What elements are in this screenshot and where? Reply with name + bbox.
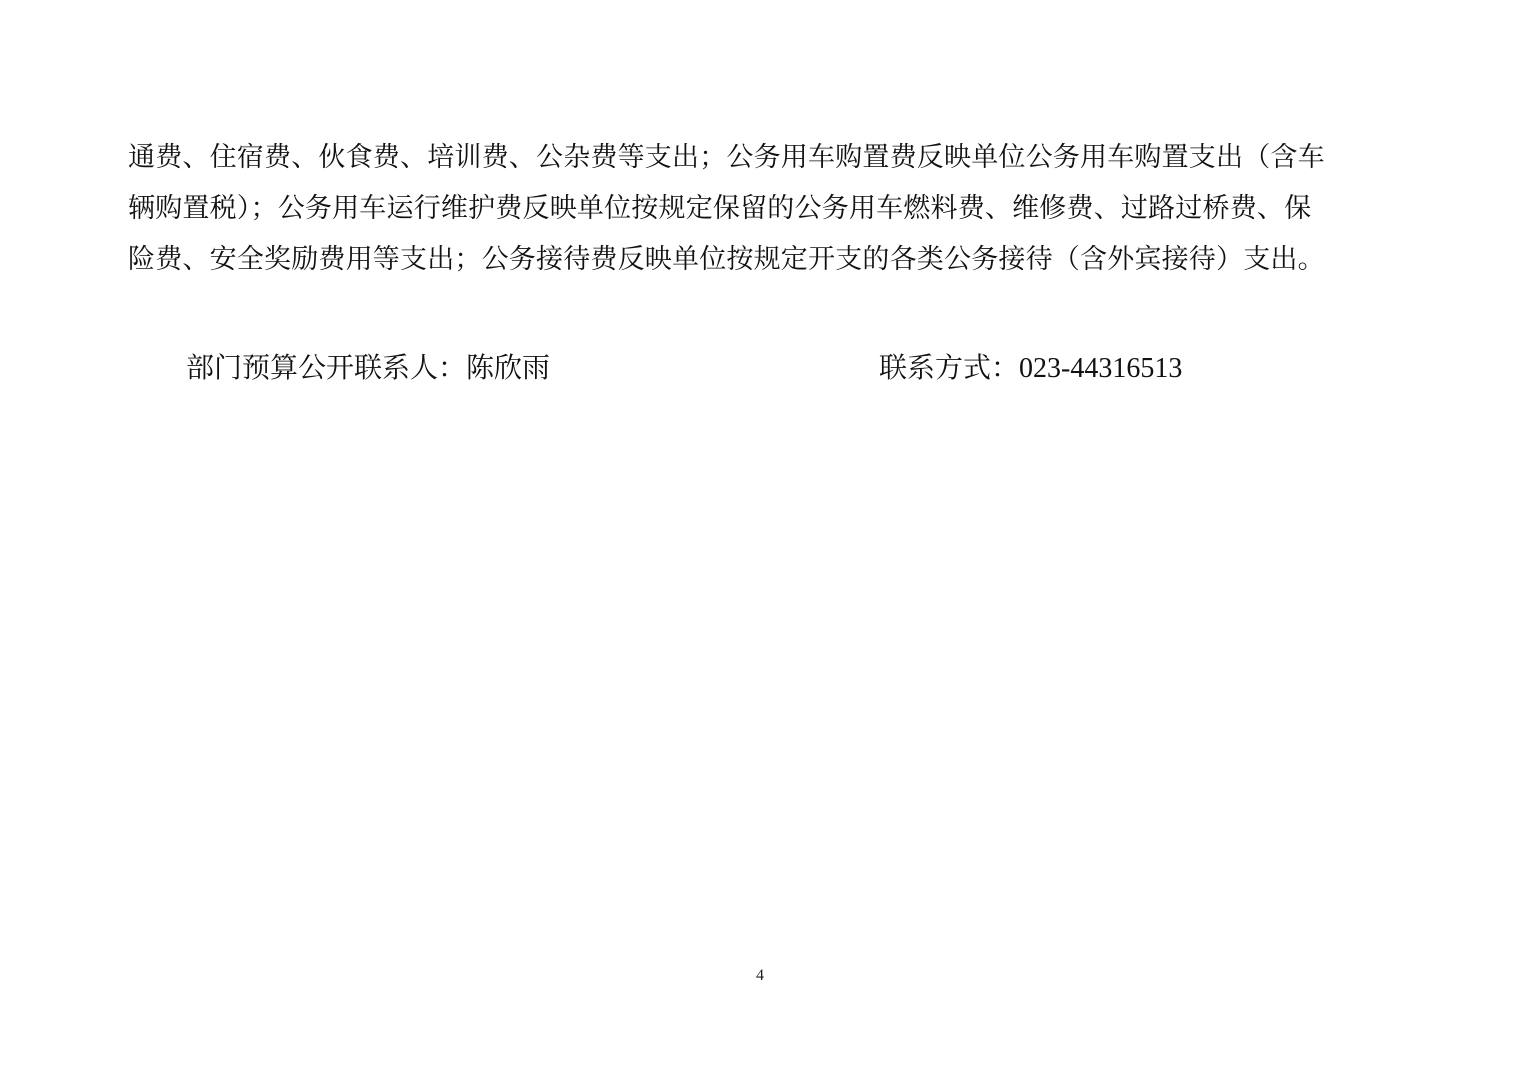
- contact-person-label: 部门预算公开联系人：: [186, 351, 466, 384]
- paragraph-line-3: 险费、安全奖励费用等支出；公务接待费反映单位按规定开支的各类公务接待（含外宾接待…: [128, 242, 1398, 278]
- page-number: 4: [0, 966, 1520, 986]
- contact-phone-number: 023-44316513: [1019, 353, 1182, 384]
- contact-person-name: 陈欣雨: [466, 351, 550, 384]
- paragraph-line-2: 辆购置税）；公务用车运行维护费反映单位按规定保留的公务用车燃料费、维修费、过路过…: [128, 191, 1398, 227]
- contact-person: 部门预算公开联系人：陈欣雨: [186, 350, 550, 386]
- document-page: 通费、住宿费、伙食费、培训费、公杂费等支出；公务用车购置费反映单位公务用车购置支…: [0, 0, 1520, 1074]
- paragraph-line-1: 通费、住宿费、伙食费、培训费、公杂费等支出；公务用车购置费反映单位公务用车购置支…: [128, 140, 1398, 176]
- contact-info: 部门预算公开联系人：陈欣雨 联系方式：023-44316513: [0, 350, 1520, 386]
- contact-phone-label: 联系方式：: [879, 351, 1019, 384]
- contact-phone: 联系方式：023-44316513: [879, 350, 1182, 387]
